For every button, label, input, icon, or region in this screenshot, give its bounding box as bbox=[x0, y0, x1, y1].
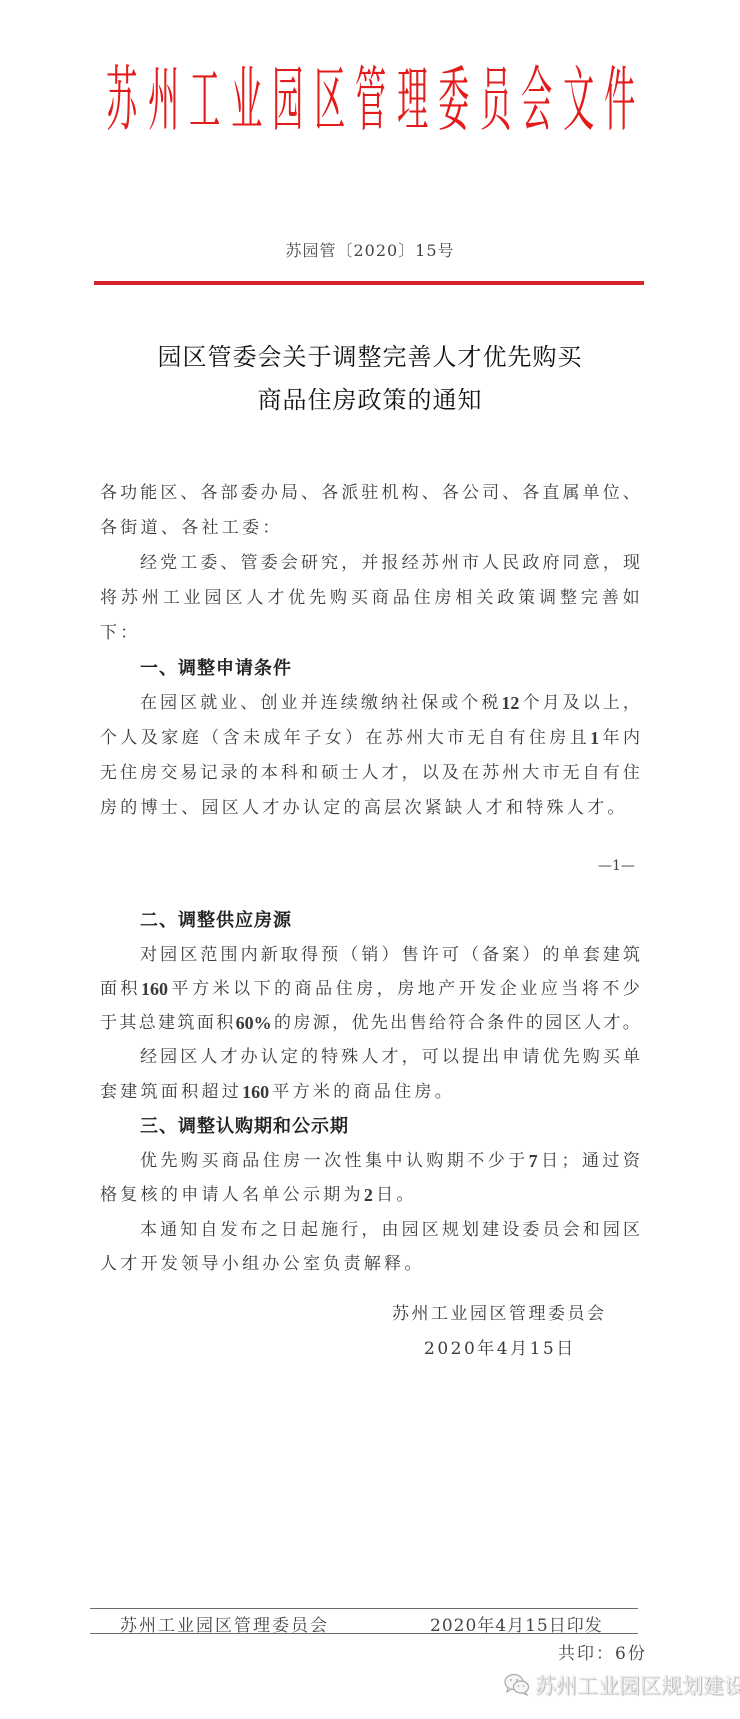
watermark-text: 苏州工业园区规划建设 bbox=[535, 1670, 740, 1700]
signature-organization: 苏州工业园区管理委员会 bbox=[392, 1299, 607, 1324]
section-1-heading: 一、调整申请条件 bbox=[140, 651, 292, 686]
section-3-line-2: 格复核的申请人名单公示期为2日。 bbox=[100, 1178, 640, 1213]
section-2-heading: 二、调整供应房源 bbox=[140, 903, 292, 938]
signature-date: 2020年4月15日 bbox=[424, 1334, 576, 1359]
section-1-line-3: 无住房交易记录的本科和硕士人才，以及在苏州大市无自有住 bbox=[100, 756, 640, 791]
recipients-line-2: 各街道、各社工委： bbox=[100, 511, 640, 546]
notice-title-line-2: 商品住房政策的通知 bbox=[0, 380, 740, 415]
intro-line-1: 经党工委、管委会研究，并报经苏州市人民政府同意，现 bbox=[140, 546, 640, 581]
wechat-icon bbox=[503, 1672, 531, 1698]
section-3-line-4: 人才开发领导小组办公室负责解释。 bbox=[100, 1247, 640, 1282]
section-3-line-1: 优先购买商品住房一次性集中认购期不少于7日；通过资 bbox=[140, 1144, 640, 1179]
section-3-heading: 三、调整认购期和公示期 bbox=[140, 1109, 349, 1144]
footer-copies: 共印：6份 bbox=[558, 1639, 647, 1664]
section-2-line-1: 对园区范围内新取得预（销）售许可（备案）的单套建筑 bbox=[140, 938, 640, 973]
red-divider bbox=[94, 281, 644, 285]
page-number: —1— bbox=[598, 858, 635, 874]
section-2-line-4: 经园区人才办认定的特殊人才，可以提出申请优先购买单 bbox=[140, 1040, 640, 1075]
section-2-line-5: 套建筑面积超过160平方米的商品住房。 bbox=[100, 1075, 640, 1110]
recipients-line-1: 各功能区、各部委办局、各派驻机构、各公司、各直属单位、 bbox=[100, 476, 640, 511]
wechat-watermark: 苏州工业园区规划建设 bbox=[503, 1670, 740, 1700]
section-1-line-2: 个人及家庭（含未成年子女）在苏州大市无自有住房且1年内 bbox=[100, 721, 640, 756]
footer-top-rule bbox=[90, 1608, 638, 1609]
intro-line-3: 下： bbox=[100, 616, 640, 651]
notice-title-line-1: 园区管委会关于调整完善人才优先购买 bbox=[0, 337, 740, 372]
document-number: 苏园管〔2020〕15号 bbox=[0, 238, 740, 261]
footer-bottom-rule bbox=[90, 1633, 638, 1634]
section-2-line-2: 面积160平方米以下的商品住房，房地产开发企业应当将不少 bbox=[100, 972, 640, 1007]
section-1-line-1: 在园区就业、创业并连续缴纳社保或个税12个月及以上， bbox=[140, 686, 640, 721]
section-3-line-3: 本通知自发布之日起施行，由园区规划建设委员会和园区 bbox=[140, 1213, 640, 1248]
masthead-title: 苏州工业园区管理委员会文件 bbox=[101, 60, 641, 140]
section-1-line-4: 房的博士、园区人才办认定的高层次紧缺人才和特殊人才。 bbox=[100, 791, 640, 826]
intro-line-2: 将苏州工业园区人才优先购买商品住房相关政策调整完善如 bbox=[100, 581, 640, 616]
section-2-line-3: 于其总建筑面积60%的房源，优先出售给符合条件的园区人才。 bbox=[100, 1006, 640, 1041]
